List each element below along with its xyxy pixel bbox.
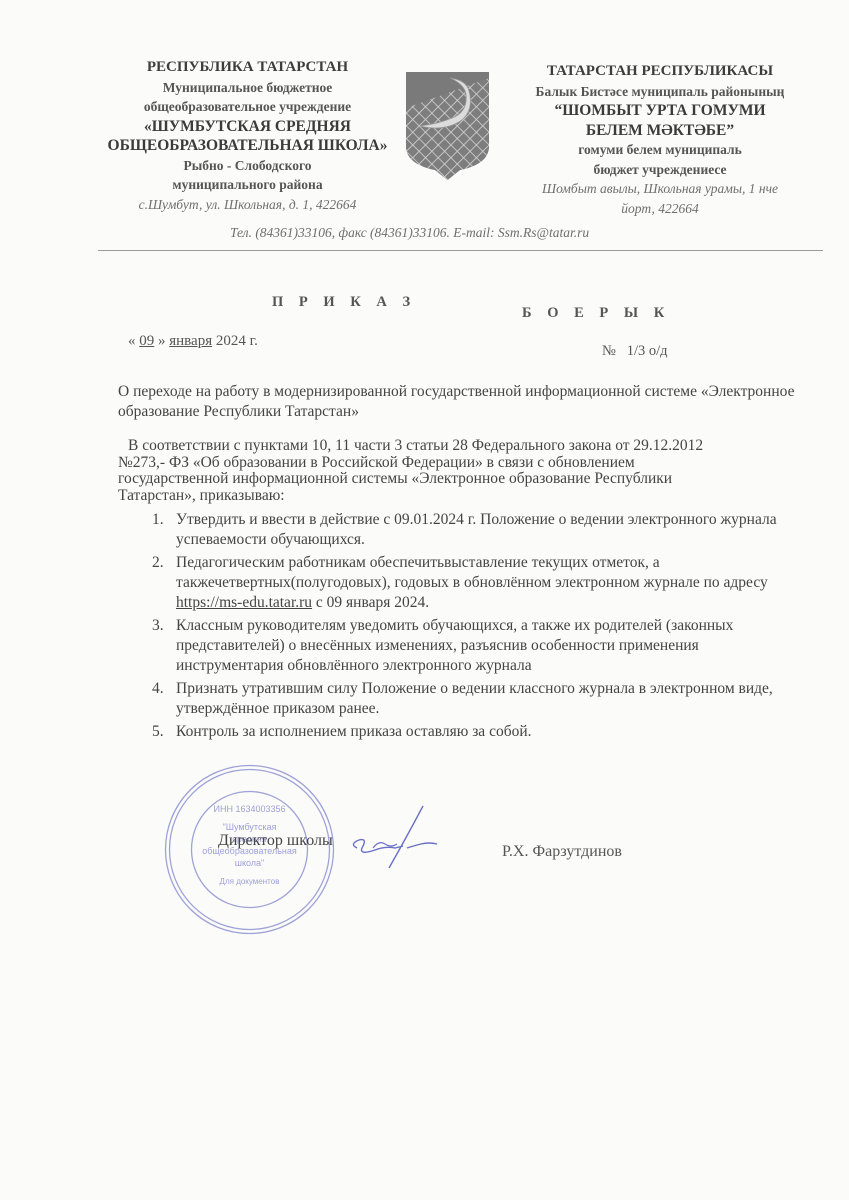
order-item: 2. Педагогическим работникам обеспечитьв… xyxy=(142,553,792,613)
order-item: 5. Контроль за исполнением приказа остав… xyxy=(142,722,792,742)
item-text: Классным руководителям уведомить обучающ… xyxy=(176,617,733,674)
item-text: Признать утратившим силу Положение о вед… xyxy=(176,680,773,717)
preamble-line: №273,- ФЗ «Об образовании в Российской Ф… xyxy=(118,455,798,472)
district-line-2: муниципального района xyxy=(95,175,400,195)
school-name-line-1: «ШУМБУТСКАЯ СРЕДНЯЯ xyxy=(95,117,400,137)
stamp-line: школа" xyxy=(235,858,265,868)
header-right-block: ТАТАРСТАН РЕСПУБЛИКАСЫ Балык Бистәсе мун… xyxy=(505,62,815,218)
item-number: 1. xyxy=(152,510,164,530)
header-left-block: РЕСПУБЛИКА ТАТАРСТАН Муниципальное бюдже… xyxy=(95,58,400,214)
address-tt-line-2: йорт, 422664 xyxy=(505,199,815,219)
stamp-inn: ИНН 1634003356 xyxy=(213,804,285,814)
stamp-bottom: Для документов xyxy=(220,877,280,886)
address-tt-line-1: Шомбыт авылы, Школьная урамы, 1 нче xyxy=(505,179,815,199)
date-day: 09 xyxy=(139,333,154,349)
org-type-tt-line-2: бюджет учреждениесе xyxy=(505,160,815,180)
item-number: 2. xyxy=(152,553,164,573)
date-close-quote: » xyxy=(158,333,166,349)
district-line-1: Рыбно - Слободского xyxy=(95,156,400,176)
doc-title-tt: Б О Е Р Ы К xyxy=(522,305,670,322)
preamble-line: Татарстан», приказываю: xyxy=(118,488,798,505)
preamble-line: государственной информационной системы «… xyxy=(118,471,798,488)
school-name-tt-line-1: “ШОМБЫТ УРТА ГОМУМИ xyxy=(505,101,815,121)
district-tt: Балык Бистәсе муниципаль районының xyxy=(505,82,815,102)
signatory-position: Директор школы xyxy=(218,832,333,850)
order-items-list: 1. Утвердить и ввести в действие с 09.01… xyxy=(142,510,792,745)
order-item: 4. Признать утратившим силу Положение о … xyxy=(142,679,792,719)
address-ru: с.Шумбут, ул. Школьная, д. 1, 422664 xyxy=(95,195,400,215)
org-type-line-1: Муниципальное бюджетное xyxy=(95,78,400,98)
item-number: 4. xyxy=(152,679,164,699)
school-name-line-2: ОБЩЕОБРАЗОВАТЕЛЬНАЯ ШКОЛА» xyxy=(95,136,400,156)
header-divider xyxy=(98,250,823,251)
stamp-line: "Шумбутская xyxy=(223,822,277,832)
date-month: января xyxy=(169,333,212,349)
doc-preamble: В соответствии с пунктами 10, 11 части 3… xyxy=(118,438,798,504)
school-name-tt-line-2: БЕЛЕМ МӘКТӘБЕ” xyxy=(505,121,815,141)
date-year: 2024 г. xyxy=(216,333,258,349)
number-label: № xyxy=(602,343,616,359)
org-type-line-2: общеобразовательное учреждение xyxy=(95,97,400,117)
edu-portal-link[interactable]: https://ms-edu.tatar.ru xyxy=(176,594,312,611)
doc-subject: О переходе на работу в модернизированной… xyxy=(118,382,798,422)
item-text-tail: с 09 января 2024. xyxy=(312,594,429,611)
signatory-name: Р.Х. Фарзутдинов xyxy=(502,843,622,861)
republic-name-tt: ТАТАРСТАН РЕСПУБЛИКАСЫ xyxy=(505,62,815,82)
order-item: 3. Классным руководителям уведомить обуч… xyxy=(142,616,792,676)
item-number: 5. xyxy=(152,722,164,742)
item-text: Контроль за исполнением приказа оставляю… xyxy=(176,723,532,740)
doc-date: « 09 » января 2024 г. xyxy=(128,333,258,350)
contacts-line: Тел. (84361)33106, факс (84361)33106. E-… xyxy=(230,225,589,241)
date-open-quote: « xyxy=(128,333,136,349)
handwritten-signature-icon xyxy=(345,800,445,870)
item-text: Педагогическим работникам обеспечитьвыст… xyxy=(176,554,768,591)
item-text: Утвердить и ввести в действие с 09.01.20… xyxy=(176,511,777,548)
item-number: 3. xyxy=(152,616,164,636)
doc-title-ru: П Р И К А З xyxy=(272,294,416,311)
order-item: 1. Утвердить и ввести в действие с 09.01… xyxy=(142,510,792,550)
number-value: 1/3 о/д xyxy=(627,343,668,359)
org-type-tt-line-1: гомуми белем муниципаль xyxy=(505,140,815,160)
preamble-line: В соответствии с пунктами 10, 11 части 3… xyxy=(118,438,798,455)
republic-name-ru: РЕСПУБЛИКА ТАТАРСТАН xyxy=(95,58,400,78)
coat-of-arms-icon xyxy=(400,68,495,183)
doc-number: № 1/3 о/д xyxy=(602,343,668,360)
